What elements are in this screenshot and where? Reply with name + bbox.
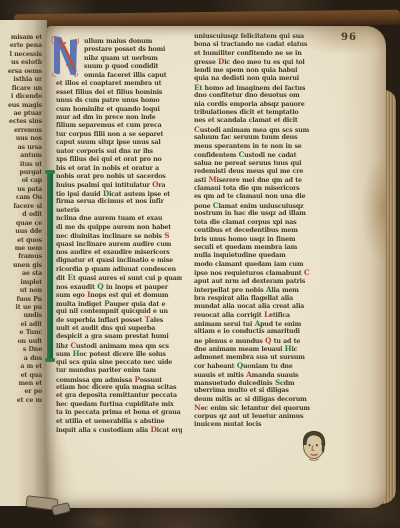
- text-line: firma serua dicimus et nos infir: [56, 198, 182, 206]
- text-line: de superbia inflari posset Tales: [56, 316, 182, 324]
- text-column-left: ullum maius donumprestare posset ds homi…: [56, 38, 182, 435]
- text-line: confidentem Custodi ne cadat: [194, 151, 328, 159]
- colored-capital: P: [134, 376, 139, 384]
- text-line: antum: [0, 152, 42, 160]
- text-line: ae ptuar: [0, 110, 42, 118]
- text-line: uberrima multo et si diligas: [194, 387, 328, 395]
- text-line: mansuetudo dulcedinis Scdm: [194, 379, 328, 387]
- text-line: uator corporis sui dns nr ihs: [56, 148, 182, 156]
- text-line: lendi me spem non quia habui: [194, 67, 328, 75]
- text-line: quae ce: [0, 220, 42, 228]
- text-line: facere si: [0, 203, 42, 211]
- colored-capital: C: [304, 269, 310, 277]
- colored-capital: A: [266, 286, 272, 294]
- text-line: tur mundus pariter enim tam: [56, 367, 182, 375]
- text-line: etiam hoc dicere quia magna scitas: [56, 384, 182, 392]
- text-line: cam Ou: [0, 194, 42, 202]
- text-line: nos audire et exaudire misericors: [56, 249, 182, 257]
- decorated-initial-i: [47, 172, 53, 360]
- text-line: dno confitetur dno deuotus om: [194, 92, 328, 100]
- text-line: nobis orat pro nobis ut sacerdos: [56, 173, 182, 181]
- text-line: uult et audit dns qui superba: [56, 325, 182, 333]
- colored-capital: C: [213, 202, 219, 210]
- text-line: ne plenus e mundus Q tu ad te: [194, 337, 328, 345]
- text-line: tribulationes dicit et temptatio: [194, 109, 328, 117]
- colored-capital: Q: [97, 283, 103, 291]
- colored-capital: Q: [237, 362, 243, 370]
- text-line: et quos: [0, 237, 42, 245]
- text-line: qui nil contempnit quicquid e un: [56, 308, 182, 316]
- text-line: a dns: [0, 355, 42, 363]
- text-line: ersa oems: [0, 68, 42, 76]
- text-line: et qua: [0, 372, 42, 380]
- text-line: ut non: [0, 287, 42, 295]
- text-line: ficare un: [0, 85, 42, 93]
- text-line: nulla inquietudine quedam: [194, 252, 328, 260]
- text-line: ectes sins: [0, 118, 42, 126]
- text-line: bris unus homo usqz in finem: [194, 236, 328, 244]
- text-line: esset filius dei et filius hominis: [56, 89, 182, 97]
- text-line: seculi et quedam membra iam: [194, 244, 328, 252]
- text-line: admonet membra sua ut sursum: [194, 354, 328, 362]
- text-line: et humiliter confitendo ne se in: [194, 50, 328, 58]
- text-line: a m et: [0, 363, 42, 371]
- text-line: ullum maius donum: [84, 38, 182, 46]
- text-line: s Dne: [0, 346, 42, 354]
- text-line: omnia faceret illis caput: [84, 72, 182, 80]
- text-line: bis et orat in nobis et oratur a: [56, 165, 182, 173]
- text-line: ei adit: [0, 321, 42, 329]
- head-doodle: [298, 426, 332, 468]
- text-line: et gra deposita remittantur peccata: [56, 392, 182, 400]
- text-line: implet: [0, 279, 42, 287]
- text-line: huius psalmi qui intitulatur Ora: [56, 181, 182, 189]
- colored-capital: P: [104, 300, 109, 308]
- text-line: uniuscuiusqz felicitatem qui sua: [194, 33, 328, 41]
- text-line: ae sta: [0, 270, 42, 278]
- colored-capital: I: [87, 291, 90, 299]
- facing-page-text: misam eterte penal necessisus estothersa…: [0, 34, 42, 405]
- text-line: purgat: [0, 169, 42, 177]
- text-line: d odit: [0, 211, 42, 219]
- text-line: clamaui tota die qm misericors: [194, 185, 328, 193]
- text-line: sum ego Inops est qui et domum: [56, 291, 182, 299]
- text-line: unen gis: [0, 262, 42, 270]
- text-line: unus ds cum patre unus homo: [56, 97, 182, 105]
- text-line: multa indiget Pauper quia dat e: [56, 300, 182, 308]
- text-line: di me ds quippe aurem non habet: [56, 224, 182, 232]
- text-line: suum p quod condidit: [84, 63, 182, 71]
- colored-capital: M: [209, 176, 217, 184]
- text-line: er po: [0, 388, 42, 396]
- colored-capital: D: [150, 426, 156, 434]
- text-line: tur corpus filii non a se separet: [56, 131, 182, 139]
- text-line: eus magis: [0, 102, 42, 110]
- text-line: animam serui tui Apud te enim: [194, 320, 328, 328]
- text-line: corpus qz aut ut leuetur animus: [194, 413, 328, 421]
- text-line: hec quedam furtiua cupiditate mix: [56, 401, 182, 409]
- text-line: dne animam meam leuaui Hic: [194, 345, 328, 353]
- colored-capital: H: [73, 350, 80, 358]
- text-line: xps filius dei qui et orat pro no: [56, 156, 182, 164]
- text-line: dignatur et quasi inclinatio e mise: [56, 257, 182, 265]
- colored-capital: H: [285, 345, 292, 353]
- colored-capital: E: [68, 274, 73, 282]
- colored-capital: A: [255, 320, 261, 328]
- colored-capital: T: [145, 316, 150, 324]
- text-line: Et homo ad imaginem dei factus: [194, 84, 328, 92]
- text-line: as ursa: [0, 144, 42, 152]
- text-line: sitiam e io conductis amaritudi: [194, 328, 328, 336]
- text-line: libz Custodi animam mea qm scs: [56, 342, 182, 350]
- text-line: caput suum sitqz ipse unus sal: [56, 139, 182, 147]
- text-line: salua ne pereat seruus tuus qui: [194, 160, 328, 168]
- text-line: et ce m: [0, 397, 42, 405]
- text-line: mundat alia uocat alia creat alia: [194, 303, 328, 311]
- text-line: prestare posset ds homi: [84, 46, 182, 54]
- text-line: nes et scandala clamat et dicit: [194, 117, 328, 125]
- text-line: us estoth: [0, 59, 42, 67]
- text-line: suauis et mitis Amanda suauis: [194, 371, 328, 379]
- text-line: quia na dedisti non quia merui: [194, 75, 328, 83]
- text-line: et illos ei coaptaret membra ut: [56, 80, 182, 88]
- text-line: nibz quam ut uerbum: [84, 55, 182, 63]
- text-line: us pata: [0, 186, 42, 194]
- text-line: redemisti deus meus qui me cre: [194, 168, 328, 176]
- text-line: ricordia p quam adiuuat condescen: [56, 266, 182, 274]
- colored-capital: S: [164, 232, 169, 240]
- text-line: nec diuinitas inclinare se nobis S: [56, 232, 182, 240]
- text-line: sum Hoc potest dicere ille solus: [56, 350, 182, 358]
- text-column-right: uniuscuiusqz felicitatem qui suabona si …: [194, 33, 328, 430]
- colored-capital: E: [194, 84, 199, 92]
- colored-capital: N: [194, 404, 201, 412]
- text-line: interpellat pro nobis Alia mem: [194, 286, 328, 294]
- colored-capital: A: [246, 371, 252, 379]
- colored-capital: O: [152, 181, 158, 189]
- manuscript-photo: { "page_number": "96", "colors": { "parc…: [0, 0, 400, 528]
- facing-page-edge: misam eterte penal necessisus estothersa…: [0, 20, 47, 506]
- text-line: es qm ad te clamaui non una die: [194, 193, 328, 201]
- text-line: Nec enim sic letantur dei quorum: [194, 404, 328, 412]
- text-line: nos exaudit Q in inops et pauper: [56, 283, 182, 291]
- text-line: commissa qm admissa Possunt: [56, 376, 182, 384]
- text-line: erte pena: [0, 42, 42, 50]
- text-line: nclina dne aurem tuam et exau: [56, 215, 182, 223]
- text-line: uus nos: [0, 135, 42, 143]
- text-line: ol cap: [0, 177, 42, 185]
- text-line: deum mitis ac si diligas decorum: [194, 396, 328, 404]
- text-line: nostrum in hac die usqz ad illam: [194, 210, 328, 218]
- text-line: me uem: [0, 245, 42, 253]
- text-line: isthia ur: [0, 76, 42, 84]
- text-line: itus ut: [0, 161, 42, 169]
- text-line: asti Miserere mei dne qm ad te: [194, 176, 328, 184]
- text-line: dit Et quasi aures ei sunt cui p quam: [56, 274, 182, 282]
- text-line: e Tunc: [0, 329, 42, 337]
- text-line: qui scs quia sine peccato nec uide: [56, 359, 182, 367]
- text-line: inquit alia s custodiam alia Dicat ergo: [56, 426, 182, 434]
- text-line: Custodi animam mea qm scs sum: [194, 126, 328, 134]
- colored-capital: C: [238, 151, 244, 159]
- text-line: undis: [0, 312, 42, 320]
- text-line: centibus et decedentibus mem: [194, 227, 328, 235]
- colored-capital: D: [218, 58, 224, 66]
- colored-capital: D: [103, 190, 109, 198]
- text-line: ueteris: [56, 207, 182, 215]
- text-line: nia cordis emporia absqz pauore: [194, 101, 328, 109]
- text-line: pone Clamat enim uniuscuiusqz: [194, 202, 328, 210]
- text-line: erremus: [0, 127, 42, 135]
- text-line: cor habeant Quoniam tu dne: [194, 362, 328, 370]
- text-line: framus: [0, 253, 42, 261]
- text-line: uus dde: [0, 228, 42, 236]
- text-line: men et: [0, 380, 42, 388]
- text-line: bona si tractando ne cadat elatus: [194, 41, 328, 49]
- manuscript-page: 96 ullum maius donumprestare posset ds h…: [46, 26, 386, 508]
- text-line: meus sperantem in te non in se: [194, 143, 328, 151]
- text-line: misam et: [0, 34, 42, 42]
- text-line: ipso nos requieturos clamabunt C: [194, 269, 328, 277]
- colored-capital: S: [275, 379, 280, 387]
- text-line: cum hominibz et quando loqui: [56, 106, 182, 114]
- text-line: quasi inclinare aurem audire cum: [56, 241, 182, 249]
- text-line: modo clamant quedam iam cum: [194, 261, 328, 269]
- colored-capital: C: [70, 342, 76, 350]
- text-line: tio ipsi dauid Dicat autem ipse et: [56, 190, 182, 198]
- text-line: it ue pu: [0, 304, 42, 312]
- colored-capital: Q: [265, 337, 271, 345]
- colored-capital: C: [194, 126, 200, 134]
- colored-capital: L: [264, 311, 269, 319]
- text-line: aput aut nrm ad dexteram patris: [194, 278, 328, 286]
- text-line: despicit a gra suam prestat humi: [56, 333, 182, 341]
- text-line: bra respirat alia flagellat alia: [194, 295, 328, 303]
- text-line: i dicendo: [0, 93, 42, 101]
- text-line: mur ad dm in prece non inde: [56, 114, 182, 122]
- text-line: on uult: [0, 338, 42, 346]
- page-number: 96: [334, 32, 364, 43]
- text-line: tota die clamat corpus xpi nas: [194, 219, 328, 227]
- text-line: fuos Pn: [0, 296, 42, 304]
- text-line: filium separemus et cum preca: [56, 122, 182, 130]
- text-line: l necessis: [0, 51, 42, 59]
- text-line: gresse Dic deo meo tu es qui tol: [194, 58, 328, 66]
- text-line: saluum fac seruum tuum deus: [194, 134, 328, 142]
- text-line: reuocat alia corrigit Letifica: [194, 311, 328, 319]
- text-line: ta in peccata prima et bona et graua: [56, 409, 182, 417]
- text-line: et utilia et uenerabilia s abstine: [56, 418, 182, 426]
